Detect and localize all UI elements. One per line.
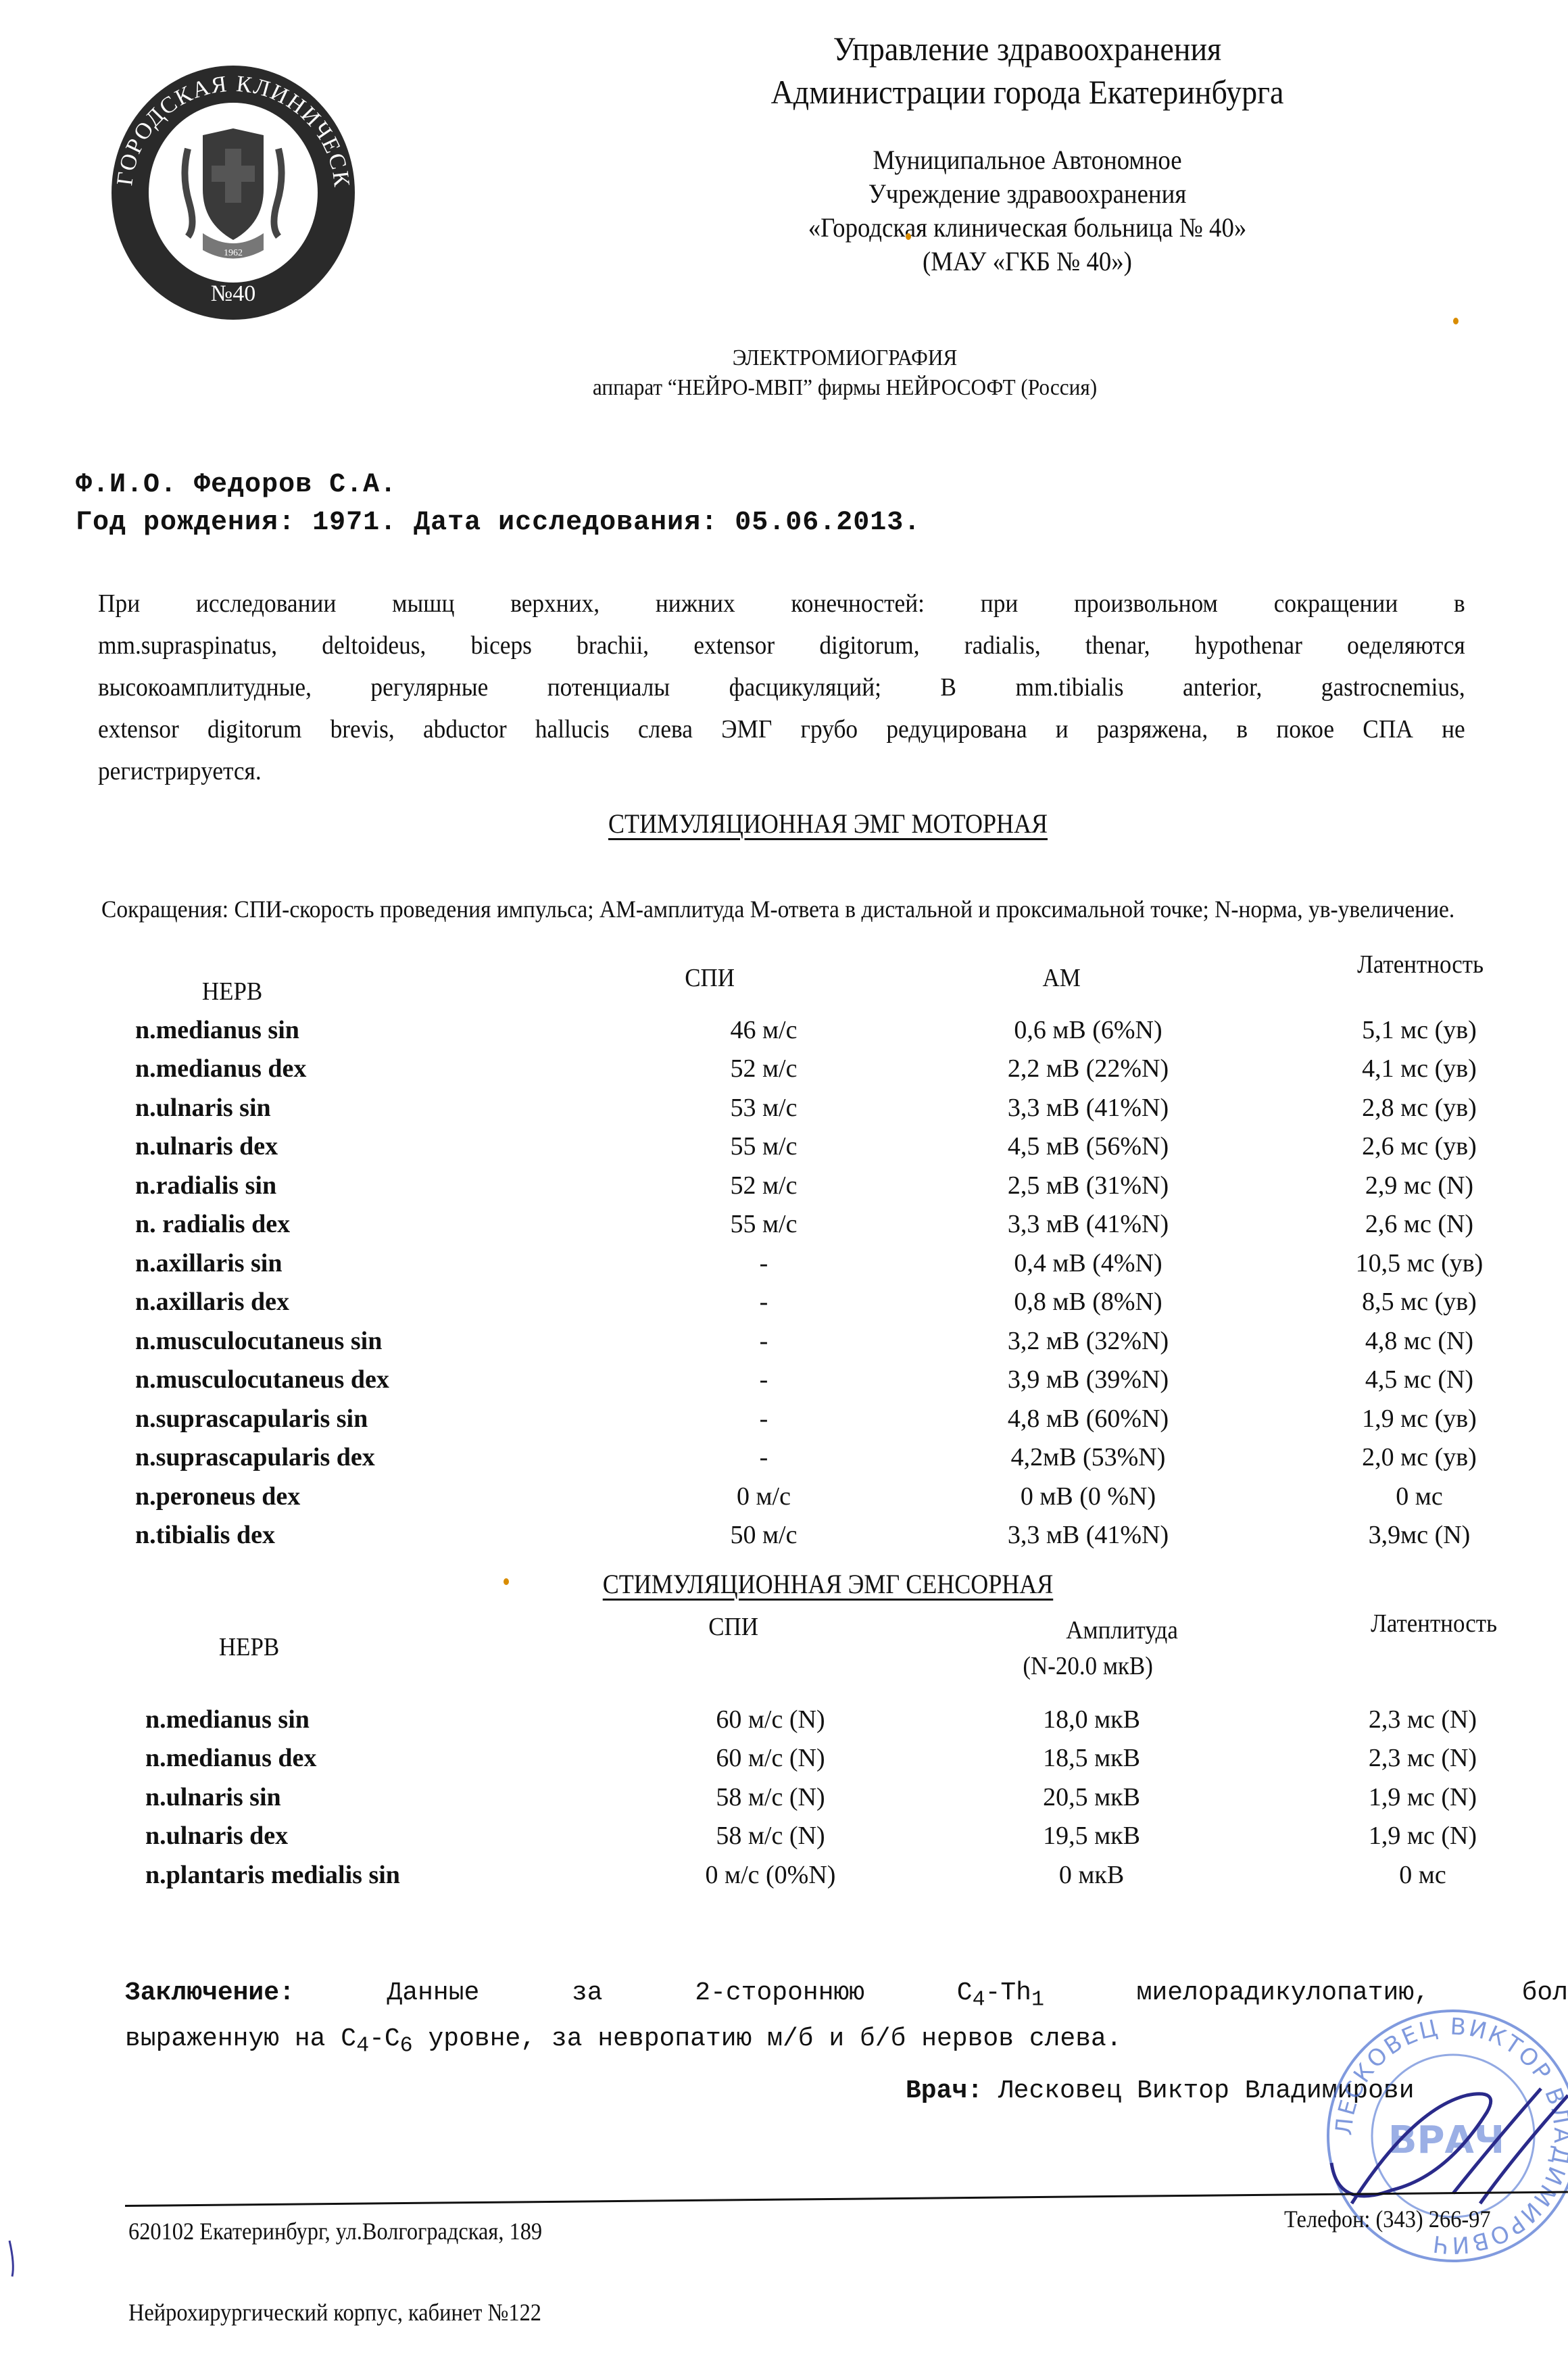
footer-phone: Телефон: (343) 266-97: [1284, 2205, 1491, 2233]
conclusion-label: Заключение:: [125, 1978, 295, 2007]
spi-cell: 58 м/с (N): [639, 1778, 902, 1817]
department-line-2: Администрации города Екатеринбурга: [666, 70, 1388, 114]
spi-cell: 60 м/с (N): [639, 1700, 902, 1739]
pen-mark-icon: [7, 2237, 20, 2278]
amplitude-cell: 18,5 мкВ: [902, 1739, 1281, 1778]
conclusion-text: уровне, за невропатию м/б и б/б нервов с…: [413, 2024, 1122, 2053]
findings-line: mm.supraspinatus, deltoideus, biceps bra…: [98, 625, 1465, 666]
spi-cell: 58 м/с (N): [639, 1817, 902, 1856]
table-row: n.plantaris medialis sin0 м/с (0%N)0 мкВ…: [145, 1855, 1565, 1895]
spi-cell: 60 м/с (N): [639, 1739, 902, 1778]
col-spi: СПИ: [685, 963, 735, 993]
table-row: n.medianus dex60 м/с (N)18,5 мкВ2,3 мс (…: [145, 1739, 1565, 1778]
svg-text:ВРАЧ: ВРАЧ: [1388, 2118, 1504, 2162]
latency-cell: 1,9 мс (N): [1281, 1778, 1565, 1817]
nerve-cell: n.axillaris dex: [135, 1283, 629, 1322]
am-cell: 0,6 мВ (6%N): [899, 1010, 1277, 1050]
nerve-cell: n. radialis dex: [135, 1205, 629, 1244]
am-cell: 3,3 мВ (41%N): [899, 1205, 1277, 1244]
department-line-1: Управление здравоохранения: [666, 27, 1388, 70]
conclusion-text: -Th: [985, 1978, 1031, 2007]
latency-cell: 5,1 мс (ув): [1277, 1010, 1561, 1050]
latency-cell: 10,5 мс (ув): [1277, 1244, 1561, 1283]
institution-header: Муниципальное Автономное Учреждение здра…: [666, 143, 1388, 278]
table-row: n.medianus sin46 м/с0,6 мВ (6%N)5,1 мс (…: [135, 1010, 1561, 1050]
table-row: n.medianus sin60 м/с (N)18,0 мкВ2,3 мс (…: [145, 1700, 1565, 1739]
latency-cell: 8,5 мс (ув): [1277, 1283, 1561, 1322]
latency-cell: 2,6 мс (N): [1277, 1205, 1561, 1244]
am-cell: 0,8 мВ (8%N): [899, 1283, 1277, 1322]
col-amplitude-norm: (N-20.0 мкВ): [1023, 1651, 1153, 1681]
document-title: ЭЛЕКТРОМИОГРАФИЯ: [441, 343, 1249, 373]
table-row: n.musculocutaneus sin-3,2 мВ (32%N)4,8 м…: [135, 1321, 1561, 1361]
nerve-cell: n.medianus dex: [135, 1050, 629, 1089]
latency-cell: 1,9 мс (ув): [1277, 1399, 1561, 1438]
col-nerve: НЕРВ: [202, 977, 262, 1006]
motor-table: n.medianus sin46 м/с0,6 мВ (6%N)5,1 мс (…: [135, 1010, 1561, 1555]
spi-cell: 55 м/с: [629, 1205, 899, 1244]
spi-cell: -: [629, 1361, 899, 1400]
table-row: n.suprascapularis dex-4,2мВ (53%N)2,0 мс…: [135, 1438, 1561, 1478]
amplitude-cell: 19,5 мкВ: [902, 1817, 1281, 1856]
conclusion-text: -C: [369, 2024, 400, 2053]
col-nerve: НЕРВ: [219, 1632, 279, 1662]
hospital-seal-logo: ГОРОДСКАЯ КЛИНИЧЕСКАЯ БОЛЬНИЦА №40 1962: [101, 61, 365, 324]
table-row: n.musculocutaneus dex-3,9 мВ (39%N)4,5 м…: [135, 1361, 1561, 1400]
study-date: 05.06.2013.: [735, 508, 921, 538]
latency-cell: 2,3 мс (N): [1281, 1739, 1565, 1778]
nerve-cell: n.ulnaris dex: [135, 1127, 629, 1167]
am-cell: 0,4 мВ (4%N): [899, 1244, 1277, 1283]
am-cell: 4,5 мВ (56%N): [899, 1127, 1277, 1167]
table-row: n.radialis sin52 м/с2,5 мВ (31%N)2,9 мс …: [135, 1166, 1561, 1205]
findings-line: extensor digitorum brevis, abductor hall…: [98, 708, 1465, 750]
scan-speck: [1453, 318, 1459, 324]
institution-line-3: «Городская клиническая больница № 40»: [666, 211, 1388, 245]
patient-dates-row: Год рождения: 1971. Дата исследования: 0…: [76, 504, 921, 542]
table-row: n.medianus dex52 м/с2,2 мВ (22%N)4,1 мс …: [135, 1050, 1561, 1089]
col-latency: Латентность: [1357, 950, 1484, 979]
nerve-cell: n.ulnaris sin: [135, 1088, 629, 1127]
latency-cell: 3,9мс (N): [1277, 1516, 1561, 1555]
conclusion-text: выраженную на C: [125, 2024, 356, 2053]
table-row: n.axillaris sin-0,4 мВ (4%N)10,5 мс (ув): [135, 1244, 1561, 1283]
am-cell: 3,3 мВ (41%N): [899, 1516, 1277, 1555]
spi-cell: 50 м/с: [629, 1516, 899, 1555]
spi-cell: 0 м/с (0%N): [639, 1855, 902, 1895]
nerve-cell: n.suprascapularis sin: [135, 1399, 629, 1438]
am-cell: 3,3 мВ (41%N): [899, 1088, 1277, 1127]
nerve-cell: n.plantaris medialis sin: [145, 1855, 639, 1895]
col-amplitude: Амплитуда: [1066, 1615, 1178, 1645]
spi-cell: -: [629, 1283, 899, 1322]
table-row: n.tibialis dex50 м/с3,3 мВ (41%N)3,9мс (…: [135, 1516, 1561, 1555]
amplitude-cell: 20,5 мкВ: [902, 1778, 1281, 1817]
latency-cell: 4,1 мс (ув): [1277, 1050, 1561, 1089]
birth-year: 1971.: [312, 508, 397, 538]
spi-cell: -: [629, 1321, 899, 1361]
spi-cell: 46 м/с: [629, 1010, 899, 1050]
institution-line-1: Муниципальное Автономное: [666, 143, 1388, 177]
nerve-cell: n.musculocutaneus dex: [135, 1361, 629, 1400]
spi-cell: 0 м/с: [629, 1477, 899, 1516]
col-am: АМ: [1042, 963, 1080, 993]
patient-name-label: Ф.И.О.: [76, 470, 177, 500]
nerve-cell: n.axillaris sin: [135, 1244, 629, 1283]
nerve-cell: n.ulnaris sin: [145, 1778, 639, 1817]
sensory-section-title: СТИМУЛЯЦИОННАЯ ЭМГ СЕНСОРНАЯ: [448, 1568, 1208, 1600]
am-cell: 3,2 мВ (32%N): [899, 1321, 1277, 1361]
scan-speck: [504, 1578, 509, 1585]
col-spi: СПИ: [708, 1612, 758, 1642]
table-row: n.axillaris dex-0,8 мВ (8%N)8,5 мс (ув): [135, 1283, 1561, 1322]
findings-paragraph: При исследовании мышц верхних, нижних ко…: [98, 583, 1465, 792]
spi-cell: -: [629, 1438, 899, 1478]
spi-cell: -: [629, 1399, 899, 1438]
latency-cell: 4,5 мс (N): [1277, 1361, 1561, 1400]
spi-cell: 52 м/с: [629, 1050, 899, 1089]
latency-cell: 0 мс: [1281, 1855, 1565, 1895]
document-title-block: ЭЛЕКТРОМИОГРАФИЯ аппарат “НЕЙРО-МВП” фир…: [441, 343, 1249, 403]
hospital-seal-icon: ГОРОДСКАЯ КЛИНИЧЕСКАЯ БОЛЬНИЦА №40 1962: [101, 61, 365, 324]
nerve-cell: n.medianus sin: [145, 1700, 639, 1739]
table-row: n. radialis dex55 м/с3,3 мВ (41%N)2,6 мс…: [135, 1205, 1561, 1244]
nerve-cell: n.tibialis dex: [135, 1516, 629, 1555]
spi-cell: 55 м/с: [629, 1127, 899, 1167]
institution-line-2: Учреждение здравоохранения: [666, 177, 1388, 211]
footer-room: Нейрохирургический корпус, кабинет №122: [128, 2298, 541, 2327]
department-header: Управление здравоохранения Администрации…: [666, 27, 1388, 114]
nerve-cell: n.medianus dex: [145, 1739, 639, 1778]
subscript: 4: [356, 2033, 369, 2057]
am-cell: 2,5 мВ (31%N): [899, 1166, 1277, 1205]
subscript: 6: [400, 2033, 413, 2057]
abbreviations-note: Сокращения: СПИ-скорость проведения импу…: [101, 892, 1465, 926]
scan-speck: [906, 233, 911, 240]
latency-cell: 0 мс: [1277, 1477, 1561, 1516]
table-row: n.ulnaris dex58 м/с (N)19,5 мкВ1,9 мс (N…: [145, 1817, 1565, 1856]
nerve-cell: n.suprascapularis dex: [135, 1438, 629, 1478]
amplitude-cell: 0 мкВ: [902, 1855, 1281, 1895]
sensory-table: n.medianus sin60 м/с (N)18,0 мкВ2,3 мс (…: [145, 1700, 1565, 1895]
table-row: n.peroneus dex0 м/с0 мВ (0 %N)0 мс: [135, 1477, 1561, 1516]
amplitude-cell: 18,0 мкВ: [902, 1700, 1281, 1739]
table-row: n.ulnaris dex55 м/с4,5 мВ (56%N)2,6 мс (…: [135, 1127, 1561, 1167]
motor-section-title: СТИМУЛЯЦИОННАЯ ЭМГ МОТОРНАЯ: [448, 808, 1208, 839]
col-latency: Латентность: [1371, 1609, 1497, 1638]
birth-year-label: Год рождения:: [76, 508, 295, 538]
doctor-stamp: ЛЕСКОВЕЦ ВИКТОР ВЛАДИМИРОВИЧ ВРАЧ: [1311, 1994, 1568, 2278]
am-cell: 4,2мВ (53%N): [899, 1438, 1277, 1478]
findings-line: высокоамплитудные, регулярные потенциалы…: [98, 666, 1465, 708]
nerve-cell: n.medianus sin: [135, 1010, 629, 1050]
nerve-cell: n.musculocutaneus sin: [135, 1321, 629, 1361]
device-info: аппарат “НЕЙРО-МВП” фирмы НЕЙРОСОФТ (Рос…: [441, 373, 1249, 403]
doctor-label: Врач:: [906, 2076, 983, 2105]
latency-cell: 2,0 мс (ув): [1277, 1438, 1561, 1478]
conclusion-text: Данные за 2-стороннюю C: [387, 1978, 973, 2007]
latency-cell: 2,6 мс (ув): [1277, 1127, 1561, 1167]
table-row: n.ulnaris sin53 м/с3,3 мВ (41%N)2,8 мс (…: [135, 1088, 1561, 1127]
am-cell: 4,8 мВ (60%N): [899, 1399, 1277, 1438]
subscript: 4: [973, 1988, 985, 2012]
patient-name: Федоров С.А.: [194, 470, 397, 500]
findings-line: регистрируется.: [98, 750, 1465, 792]
svg-text:1962: 1962: [224, 248, 243, 258]
spi-cell: -: [629, 1244, 899, 1283]
am-cell: 3,9 мВ (39%N): [899, 1361, 1277, 1400]
spi-cell: 53 м/с: [629, 1088, 899, 1127]
patient-name-row: Ф.И.О. Федоров С.А.: [76, 466, 921, 504]
am-cell: 2,2 мВ (22%N): [899, 1050, 1277, 1089]
spi-cell: 52 м/с: [629, 1166, 899, 1205]
latency-cell: 4,8 мс (N): [1277, 1321, 1561, 1361]
nerve-cell: n.ulnaris dex: [145, 1817, 639, 1856]
latency-cell: 2,3 мс (N): [1281, 1700, 1565, 1739]
am-cell: 0 мВ (0 %N): [899, 1477, 1277, 1516]
nerve-cell: n.peroneus dex: [135, 1477, 629, 1516]
latency-cell: 2,8 мс (ув): [1277, 1088, 1561, 1127]
patient-info: Ф.И.О. Федоров С.А. Год рождения: 1971. …: [76, 466, 921, 542]
doctor-stamp-icon: ЛЕСКОВЕЦ ВИКТОР ВЛАДИМИРОВИЧ ВРАЧ: [1311, 1994, 1568, 2278]
latency-cell: 1,9 мс (N): [1281, 1817, 1565, 1856]
svg-text:№40: №40: [211, 281, 255, 306]
study-date-label: Дата исследования:: [414, 508, 718, 538]
findings-line: При исследовании мышц верхних, нижних ко…: [98, 583, 1465, 625]
table-row: n.suprascapularis sin-4,8 мВ (60%N)1,9 м…: [135, 1399, 1561, 1438]
nerve-cell: n.radialis sin: [135, 1166, 629, 1205]
table-row: n.ulnaris sin58 м/с (N)20,5 мкВ1,9 мс (N…: [145, 1778, 1565, 1817]
latency-cell: 2,9 мс (N): [1277, 1166, 1561, 1205]
subscript: 1: [1031, 1988, 1044, 2012]
footer-address: 620102 Екатеринбург, ул.Волгоградская, 1…: [128, 2217, 542, 2245]
institution-line-4: (МАУ «ГКБ № 40»): [666, 245, 1388, 278]
